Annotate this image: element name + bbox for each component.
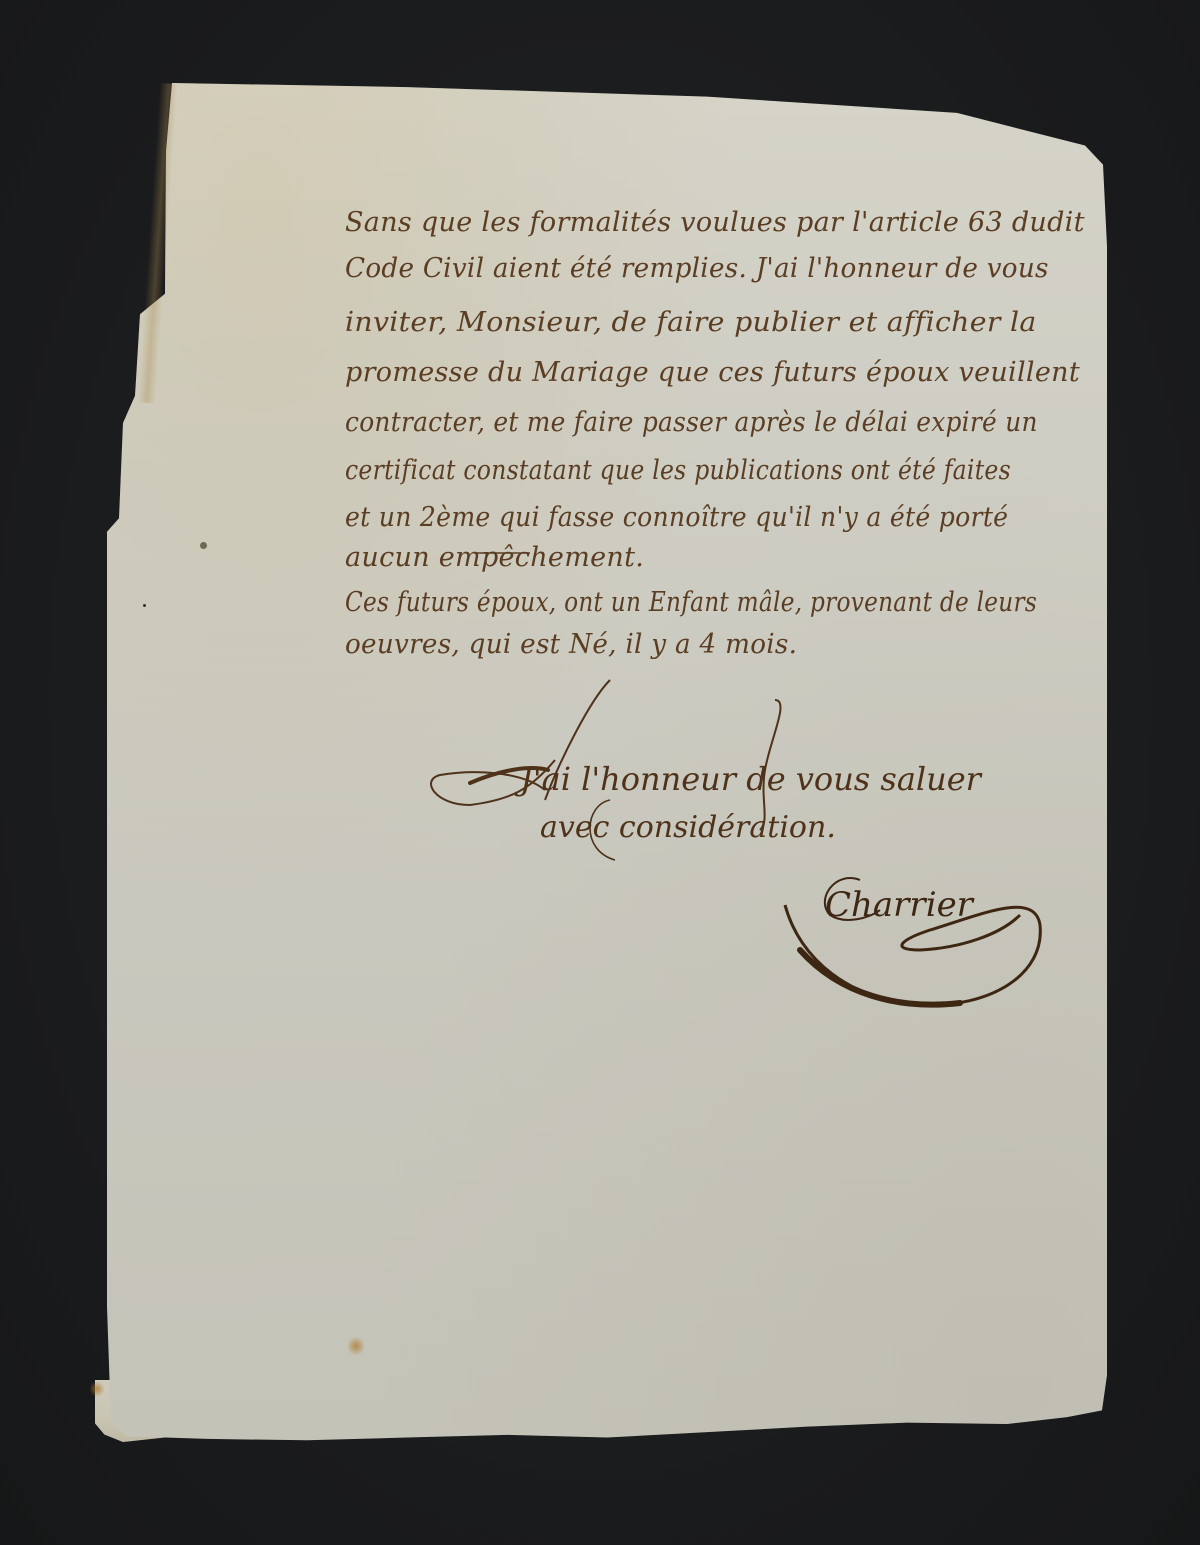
body-line-7: et un 2ème qui fasse connoître qu'il n'y… [345, 502, 1008, 533]
body-line-3: inviter, Monsieur, de faire publier et a… [345, 307, 1037, 338]
signature: Charrier [825, 885, 973, 925]
body-line-4: promesse du Mariage que ces futurs époux… [345, 357, 1080, 388]
paper-spot [143, 604, 146, 607]
body-line-10: oeuvres, qui est Né, il y a 4 mois. [345, 629, 797, 660]
closing-line-2: avec considération. [540, 810, 836, 845]
body-line-1: Sans que les formalités voulues par l'ar… [345, 207, 1085, 238]
body-line-8: aucun empêchement. [345, 542, 644, 573]
rust-stain [348, 1335, 364, 1357]
rust-stain [90, 1380, 104, 1398]
body-line-6: certificat constatant que les publicatio… [345, 455, 1011, 486]
paper-spot [200, 542, 207, 549]
body-line-9: Ces futurs époux, ont un Enfant mâle, pr… [345, 587, 1037, 618]
body-line-5: contracter, et me faire passer après le … [345, 407, 1038, 438]
body-line-2: Code Civil aient été remplies. J'ai l'ho… [345, 253, 1049, 284]
closing-line-1: J'ai l'honneur de vous saluer [520, 760, 981, 798]
